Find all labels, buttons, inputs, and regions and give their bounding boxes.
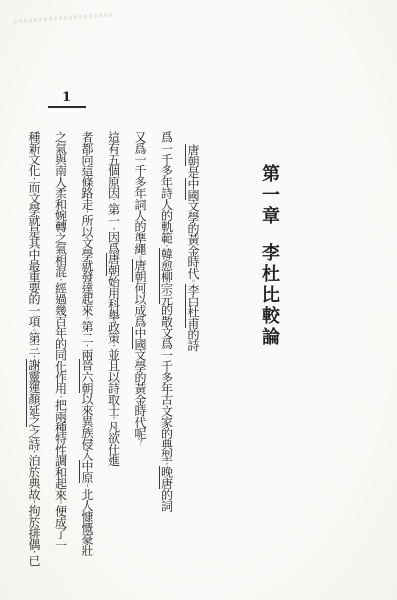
- page-number: 1: [48, 90, 86, 108]
- text-column-1: 唐朝是中國文學的黃金時代。李白杜甫的詩: [180, 131, 207, 563]
- text-column-6: 之氣與南人柔和婉轉之氣相混，經過幾百年的同化作用，把兩種特性調和起來，便成了一: [47, 131, 74, 563]
- text-column-7: 種新文化，而文學就是其中最重要的一項。第三，謝靈運顏延之之詩，泊於典故，拘於排偶…: [21, 131, 48, 563]
- chapter-number: 第一章: [259, 164, 280, 227]
- chapter-heading: 第一章李杜比較論: [256, 164, 282, 364]
- text-column-5: 者都向這條路走，所以文學就發達起來。第二，兩晉六朝以來異族侵入中原，北人慷慨豪壯: [74, 131, 101, 563]
- chapter-title-text: 李杜比較論: [259, 227, 280, 348]
- text-column-3: 又爲一千多年詞人的準繩。唐朝何以成爲中國文學的黃金時代呢？: [127, 131, 154, 563]
- text-column-4: 這有五個原因：第一，因爲唐朝始用科舉政策，並且以詩取士，凡欲仕進: [100, 131, 127, 563]
- body-text: 唐朝是中國文學的黃金時代。李白杜甫的詩 爲一千多年詩人的軌範，韓愈柳宗元的散文爲…: [21, 131, 207, 563]
- scan-watermark: [14, 13, 114, 24]
- scanned-book-page: 1 第一章李杜比較論 唐朝是中國文學的黃金時代。李白杜甫的詩 爲一千多年詩人的軌…: [0, 0, 397, 600]
- text-column-2: 爲一千多年詩人的軌範，韓愈柳宗元的散文爲一千多年古文家的典型，晚唐的詞: [153, 131, 180, 563]
